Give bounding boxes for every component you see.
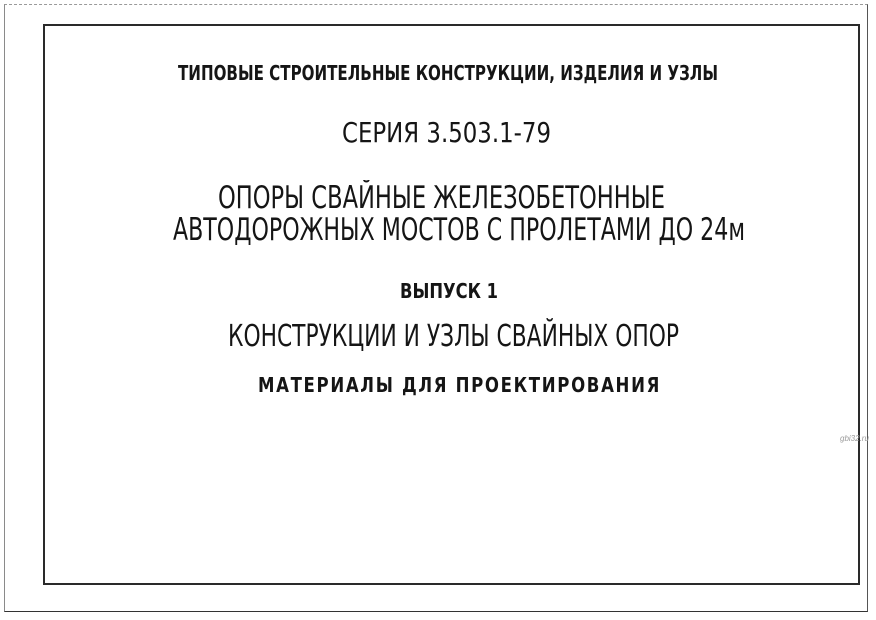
series-number: СЕРИЯ 3.503.1-79 [342,119,551,147]
materials-caption: МАТЕРИАЛЫ ДЛЯ ПРОЕКТИРОВАНИЯ [258,375,661,395]
document-title-line-2: АВТОДОРОЖНЫХ МОСТОВ С ПРОЛЕТАМИ ДО 24м [173,215,745,246]
issue-number: ВЫПУСК 1 [400,281,498,301]
document-title-line-1: ОПОРЫ СВАЙНЫЕ ЖЕЛЕЗОБЕТОННЫЕ [218,183,665,214]
issue-subtitle: КОНСТРУКЦИИ И УЗЛЫ СВАЙНЫХ ОПОР [228,322,679,352]
watermark: gbi32.ru [840,434,869,443]
standard-header: ТИПОВЫЕ СТРОИТЕЛЬНЫЕ КОНСТРУКЦИИ, ИЗДЕЛИ… [178,63,718,83]
drawing-frame [43,24,860,585]
